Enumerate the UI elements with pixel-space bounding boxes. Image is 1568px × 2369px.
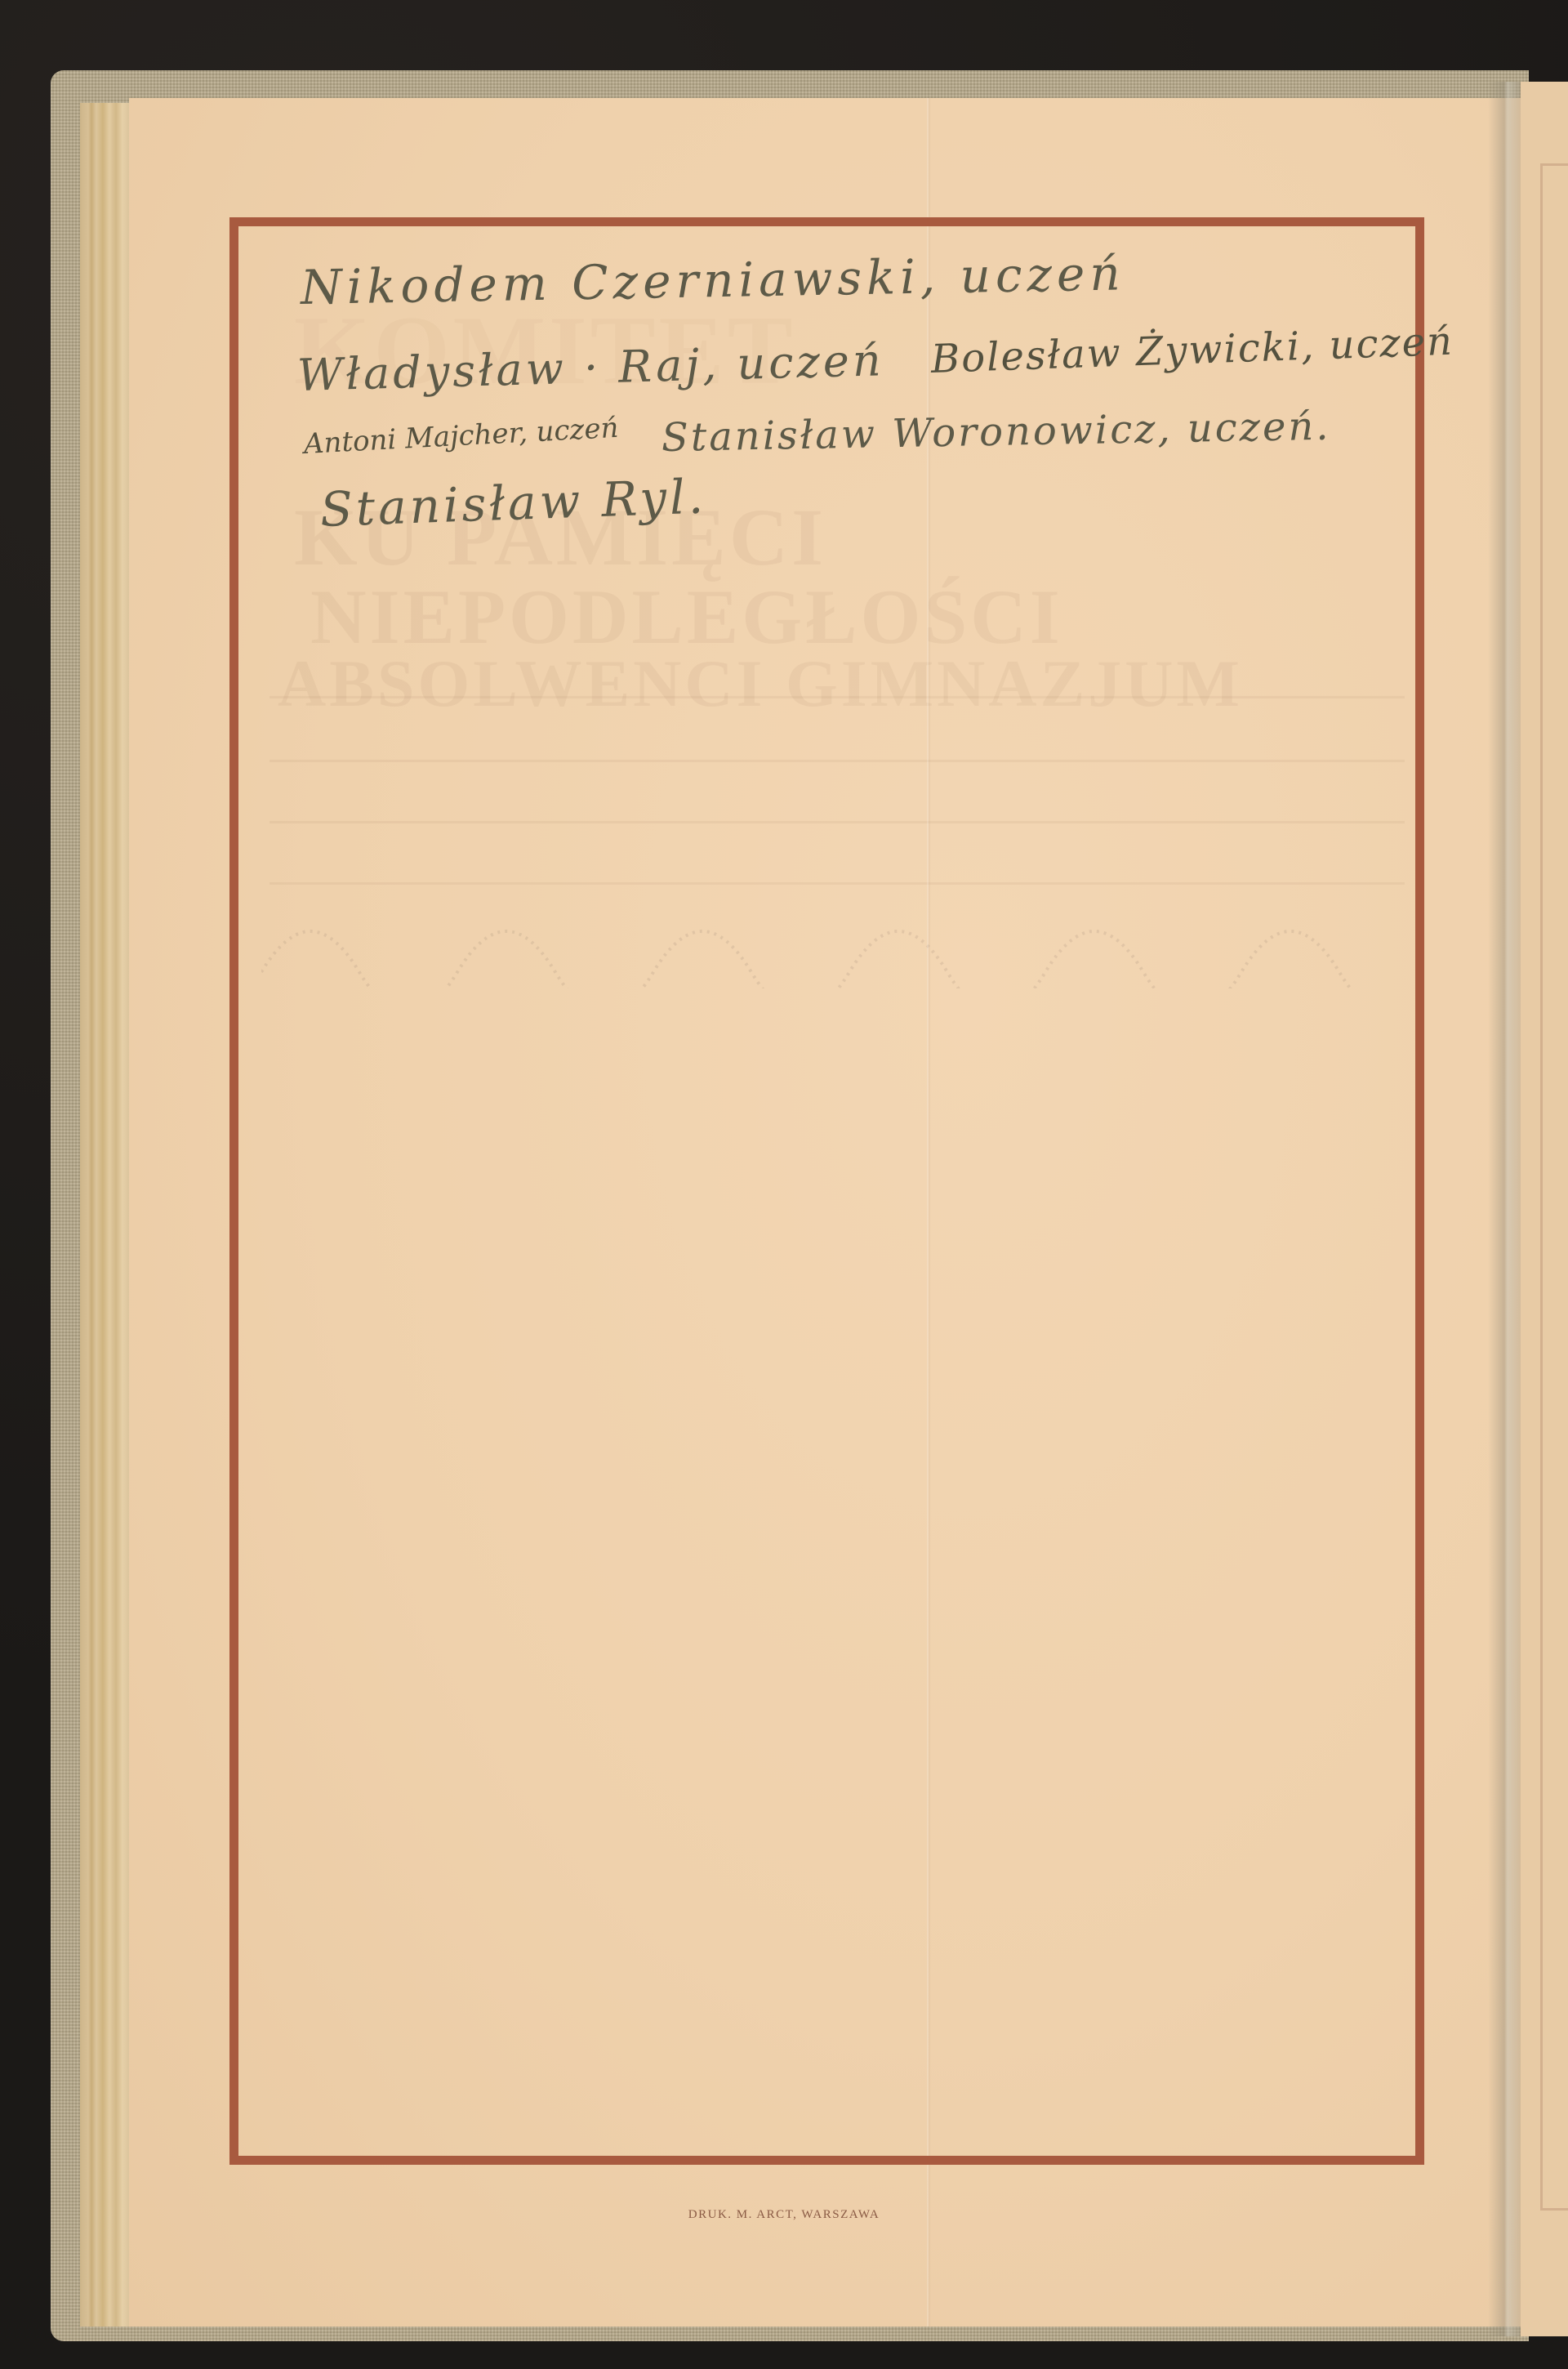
printer-imprint: DRUK. M. ARCT, WARSZAWA: [0, 2208, 1568, 2222]
page-edges: [80, 103, 131, 2327]
binding-gutter: [1488, 82, 1521, 2336]
adjacent-page-border: [1540, 163, 1568, 2211]
